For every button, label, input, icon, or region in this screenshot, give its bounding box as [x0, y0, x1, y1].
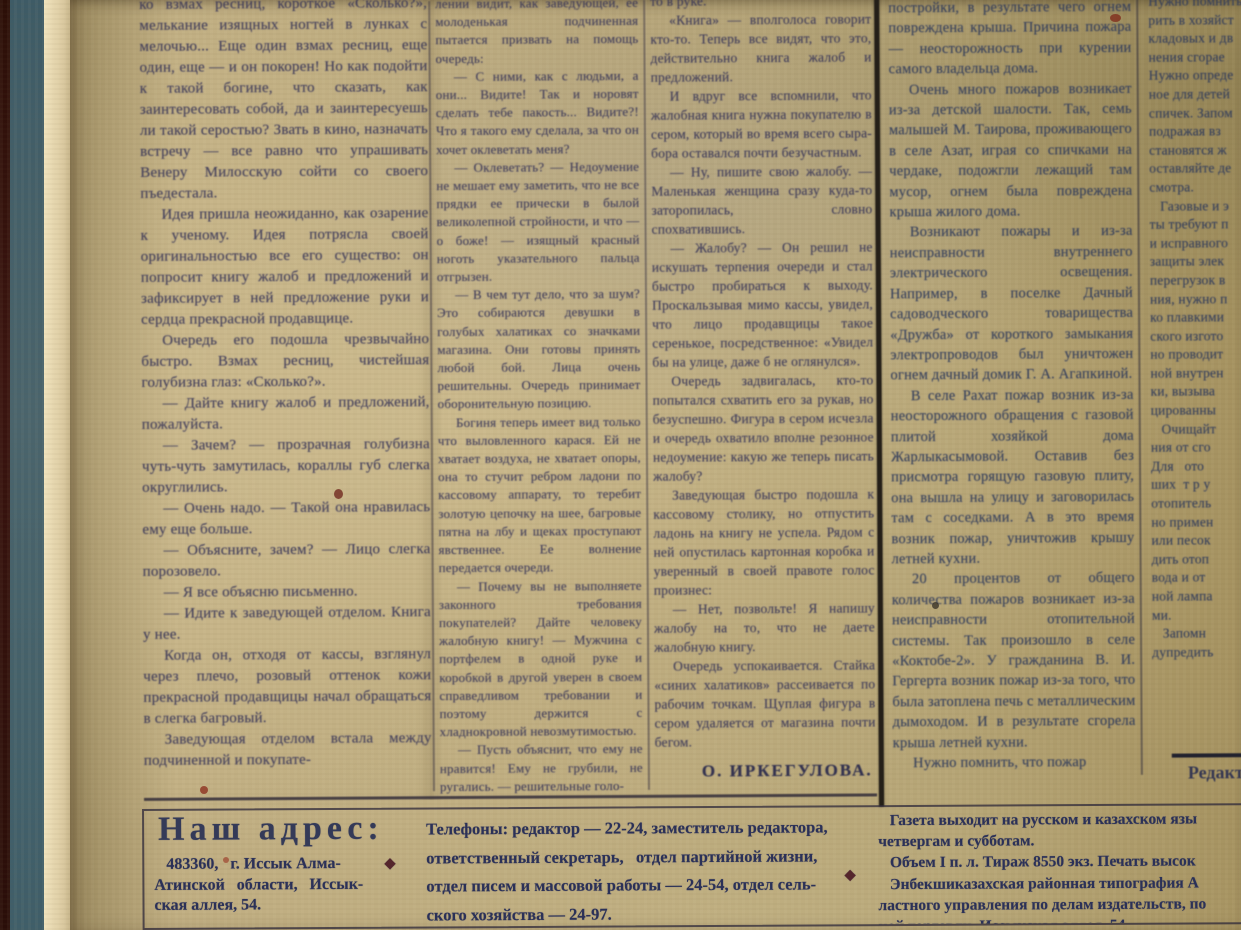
text-line: — Пусть объяснит, что ему не нравится! Е… — [440, 740, 643, 795]
editor-rule — [1172, 753, 1241, 757]
text-line: — С ними, как с людьми, а они... Видите!… — [436, 67, 640, 159]
text-line: Атинской области, Иссык- — [154, 874, 409, 896]
text-line: В селе Рахат пожар возник из-за неосторо… — [891, 385, 1135, 570]
text-line: ко плавкими — [1150, 308, 1241, 327]
text-line: Энбекшиказахская районная типография А — [878, 872, 1241, 895]
text-line: ки, вызыва — [1151, 383, 1241, 402]
text-line: — Я все объясню письменно. — [143, 581, 431, 604]
text-line: перегрузок в — [1150, 271, 1241, 290]
text-line: — Нет, позвольте! Я напишу жалобу на то,… — [654, 598, 875, 656]
text-line: ной лампа — [1152, 587, 1241, 606]
text-line: Газовые и э — [1149, 197, 1241, 216]
diamond-separator-icon: ◆ — [384, 854, 396, 873]
text-line: кладовых и дв — [1148, 29, 1241, 48]
text-line: 483360, г. Иссык Алма- — [154, 854, 409, 876]
column-4-fire-article: постройки, в результате чего огнем повре… — [888, 0, 1136, 796]
ink-blot — [200, 786, 208, 794]
ink-blot — [1110, 14, 1121, 22]
text-line: ших т р у — [1151, 476, 1241, 495]
text-line: или песок — [1151, 531, 1241, 550]
text-line: становятся ж — [1149, 141, 1241, 160]
address-heading: Наш адрес: — [158, 810, 384, 849]
text-line: Очищайт — [1151, 420, 1241, 439]
text-line: нения сгорае — [1148, 48, 1241, 67]
column-1-feuilleton: ко взмах ресниц, короткое «Сколько?», ме… — [139, 0, 432, 797]
text-line: ко взмах ресниц, короткое «Сколько?», ме… — [139, 0, 428, 205]
text-line: ты требуют п — [1149, 215, 1241, 234]
text-line: подражая вз — [1149, 122, 1241, 141]
text-line: и исправного — [1150, 234, 1241, 253]
text-line: ной внутрен — [1150, 364, 1241, 383]
text-line: Нужно помнить, что пожар — [893, 752, 1136, 774]
text-line: Идея пришла неожиданно, как озарение к у… — [140, 203, 429, 331]
text-line: защиты элек — [1150, 252, 1241, 271]
text-line: Возникают пожары и из-за неисправности в… — [890, 221, 1134, 386]
heavy-column-rule — [874, 0, 884, 806]
text-line: — Объясните, зачем? — Лицо слегка порозо… — [142, 539, 430, 583]
text-line: Заведующая быстро подошла к кассовому ст… — [653, 484, 875, 599]
text-line: ская аллея, 54. — [154, 895, 409, 917]
text-line: ответственный секретарь, отдел партийной… — [426, 842, 856, 873]
text-line: Для ото — [1151, 457, 1241, 476]
diamond-separator-icon: ◆ — [844, 865, 856, 884]
column-2-feuilleton: лении видит, как заведующей, ее молодень… — [435, 0, 643, 795]
text-line: дить отоп — [1152, 550, 1241, 569]
newspaper-scan-photo: ко взмах ресниц, короткое «Сколько?», ме… — [0, 0, 1241, 930]
text-line: ми. — [1152, 606, 1241, 625]
ink-blot — [334, 489, 343, 499]
ink-blot — [932, 602, 939, 609]
text-line: — Оклеветать? — Недоумение не мешает ему… — [436, 158, 640, 287]
text-line: — Ну, пишите свою жалобу. — Маленькая же… — [651, 161, 872, 238]
text-line: Газета выходит на русском и казахском яз… — [878, 808, 1241, 831]
column-divider-3 — [1136, 0, 1143, 775]
text-line: Очередь успокаивается. Стайка «синих хал… — [654, 655, 876, 749]
text-line: 20 процентов от общего количества пожаро… — [892, 568, 1136, 753]
article-area: ко взмах ресниц, короткое «Сколько?», ме… — [0, 0, 1241, 930]
text-line: — Очень надо. — Такой она нравилась ему … — [142, 497, 430, 541]
phones-block: Телефоны: редактор — 22-24, заместитель … — [426, 813, 857, 929]
text-line: постройки, в результате чего огнем повре… — [888, 0, 1131, 80]
text-line: ского изгото — [1150, 327, 1241, 346]
text-line: Очередь его подошла чрезвычайно быстро. … — [141, 329, 429, 394]
text-line: Нужно помнить — [1148, 0, 1241, 11]
text-line: «Книга» — вполголоса говорит кто-то. Теп… — [650, 9, 871, 86]
text-line: Когда он, отходя от кассы, взглянул чере… — [143, 644, 432, 730]
column-5-clipped: Нужно помнитьрить в хозяйсткладовых и дв… — [1148, 0, 1241, 685]
text-line: Нужно опреде — [1149, 67, 1241, 86]
text-line: оставляйте де — [1149, 160, 1241, 179]
text-line: Богиня теперь имеет вид только что вылов… — [438, 413, 642, 578]
text-line: Очень много пожаров возникает из-за детс… — [889, 78, 1133, 222]
text-line: смотра. — [1149, 178, 1241, 197]
text-line: Очередь задвигалась, кто-то попытался сх… — [652, 370, 874, 485]
text-line: но проводит — [1150, 345, 1241, 364]
editor-signature-fragment: Редакт — [1188, 762, 1241, 783]
text-line: — Почему вы не выполняете законного треб… — [439, 576, 643, 741]
publication-info-block: Газета выходит на русском и казахском яз… — [878, 808, 1241, 930]
column-divider-2 — [643, 0, 650, 790]
text-line: ния, нужно п — [1150, 290, 1241, 309]
text-line: спичек. Запом — [1149, 104, 1241, 123]
text-line: И вдруг все вспомнили, что жалобная книг… — [651, 85, 872, 162]
text-line: Объем I п. л. Тираж 8550 экз. Печать выс… — [878, 851, 1241, 874]
address-block: 483360, г. Иссык Алма-Атинской области, … — [154, 854, 409, 917]
text-line: Телефоны: редактор — 22-24, заместитель … — [426, 813, 856, 844]
text-line: но примен — [1151, 513, 1241, 532]
text-line: — Жалобу? — Он решил не искушать терпени… — [652, 237, 874, 371]
text-line: лении видит, как заведующей, ее молодень… — [435, 0, 638, 68]
column-3-feuilleton: то в руке.«Книга» — вполголоса говорит к… — [650, 0, 876, 750]
imprint-box: Наш адрес: 483360, г. Иссык Алма-Атинско… — [142, 803, 1241, 930]
text-line: — В чем тут дело, что за шум? Это собира… — [437, 285, 641, 414]
text-line: — Идите к заведующей отделом. Книга у не… — [143, 602, 431, 646]
text-line: ского хозяйства — 24-97. — [426, 899, 856, 930]
text-line: ное для детей — [1149, 85, 1241, 104]
text-line: Заведующая отделом встала между подчинен… — [144, 728, 432, 772]
text-line: — Зачем? — прозрачная голубизна чуть-чут… — [142, 434, 430, 499]
text-line: отдел писем и массовой работы — 24-54, о… — [426, 870, 856, 901]
text-line: отопитель — [1151, 494, 1241, 513]
text-line: четвергам и субботам. — [878, 829, 1241, 852]
text-line: дупредить — [1152, 643, 1241, 662]
text-line: — Дайте книгу жалоб и предложений, пожал… — [142, 392, 430, 436]
text-line: вода и от — [1152, 569, 1241, 588]
text-line: рить в хозяйст — [1148, 11, 1241, 30]
author-byline: О. ИРКЕГУЛОВА. — [702, 760, 873, 781]
text-line: ния от сго — [1151, 438, 1241, 457]
text-line: цированны — [1151, 401, 1241, 420]
text-line: ластного управления по делам издательств… — [878, 893, 1241, 916]
text-line: Запомн — [1152, 624, 1241, 643]
